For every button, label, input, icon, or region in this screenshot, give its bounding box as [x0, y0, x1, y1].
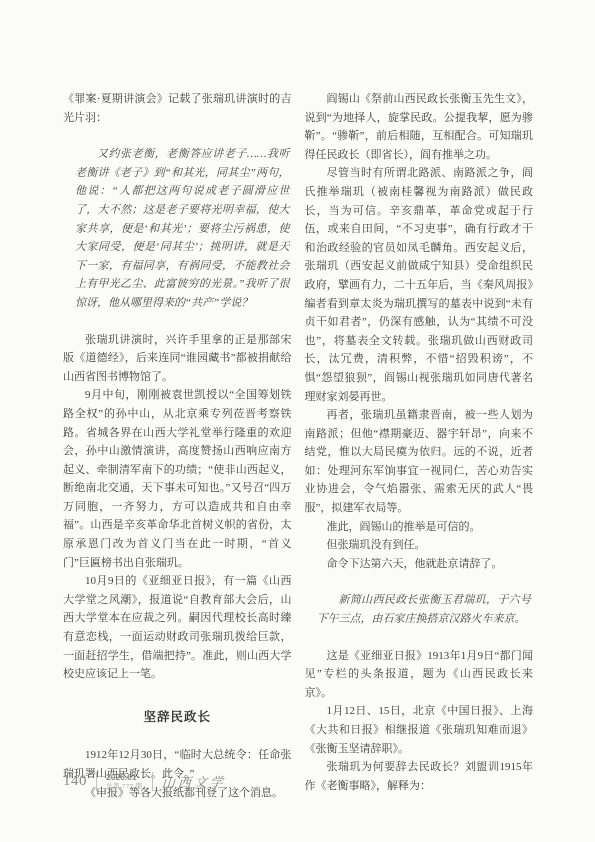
paragraph: 9月中旬，刚刚被袁世凯授以“全国筹划铁路全权”的孙中山，从北京乘专列莅晋考察铁路… — [63, 386, 292, 572]
footer-divider — [96, 772, 97, 791]
paragraph: 10月9日的《亚细亚日报》，有一篇《山西大学堂之风潮》，报道说“自教育部大会后，… — [63, 572, 292, 684]
section-heading: 坚辞民政长 — [63, 708, 292, 727]
block-quote: 又约张老衡，老衡答应讲老子……我听老衡讲《老子》到“和其光，同其尘”两句，他说：… — [75, 145, 290, 312]
paragraph: 这是《亚细亚日报》1913年1月9日“都门闻见”专栏的头条报道，题为《山西民政长… — [305, 647, 534, 703]
paragraph: 尽管当时有所谓北路派、南路派之争，阎氏推举瑞玑（被南桂馨视为南路派）做民政长，当… — [305, 164, 534, 406]
paragraph: 张瑞玑讲演时，兴许手里拿的正是那部宋版《道德经》，后来连同“谁园藏书”都被捐献给… — [63, 331, 292, 387]
paragraph: 张瑞玑为何要辞去民政长？刘盥训1915年作《老衡事略》，解释为： — [305, 758, 534, 795]
footer-divider — [152, 772, 153, 791]
page-number: 140 — [63, 773, 87, 790]
right-column: 阎锡山《祭前山西民政长张衡玉先生文》，说到“为地择人，旋掌民政。公提我挈，愿为骖… — [305, 90, 534, 802]
page-footer: 140 2026.01 总第 777 期 山西文学 — [63, 772, 226, 791]
magazine-page: 《罪案·夏期讲演会》记载了张瑞玑讲演时的吉光片羽： 又约张老衡，老衡答应讲老子…… — [0, 0, 595, 842]
issue-number: 总第 777 期 — [106, 783, 143, 790]
magazine-logo: 山西文学 — [161, 771, 227, 791]
issue-info: 2026.01 总第 777 期 — [106, 773, 143, 790]
paragraph: 阎锡山《祭前山西民政长张衡玉先生文》，说到“为地择人，旋掌民政。公提我挈，愿为骖… — [305, 90, 534, 164]
left-column: 《罪案·夏期讲演会》记载了张瑞玑讲演时的吉光片羽： 又约张老衡，老衡答应讲老子…… — [63, 90, 292, 802]
paragraph: 《罪案·夏期讲演会》记载了张瑞玑讲演时的吉光片羽： — [63, 90, 292, 127]
paragraph: 1月12日、15日，北京《中国日报》、上海《大共和日报》相继报道《张瑞玑知难而退… — [305, 702, 534, 758]
block-quote: 新简山西民政长张衡玉君瑞玑，于六号下午三点，由石家庄换搭京汉路火车来京。 — [317, 591, 532, 628]
paragraph: 准此，阎锡山的推举是可信的。 — [305, 518, 534, 537]
paragraph: 命令下达第六天，他就赴京请辞了。 — [305, 555, 534, 574]
paragraph: 但张瑞玑没有到任。 — [305, 536, 534, 555]
issue-date: 2026.01 — [106, 773, 143, 783]
paragraph: 再者，张瑞玑虽籍隶晋南，被一些人划为南路派；但他“襟期豪迈、器宇轩昂”，向来不结… — [305, 406, 534, 518]
text-columns: 《罪案·夏期讲演会》记载了张瑞玑讲演时的吉光片羽： 又约张老衡，老衡答应讲老子…… — [63, 90, 533, 802]
